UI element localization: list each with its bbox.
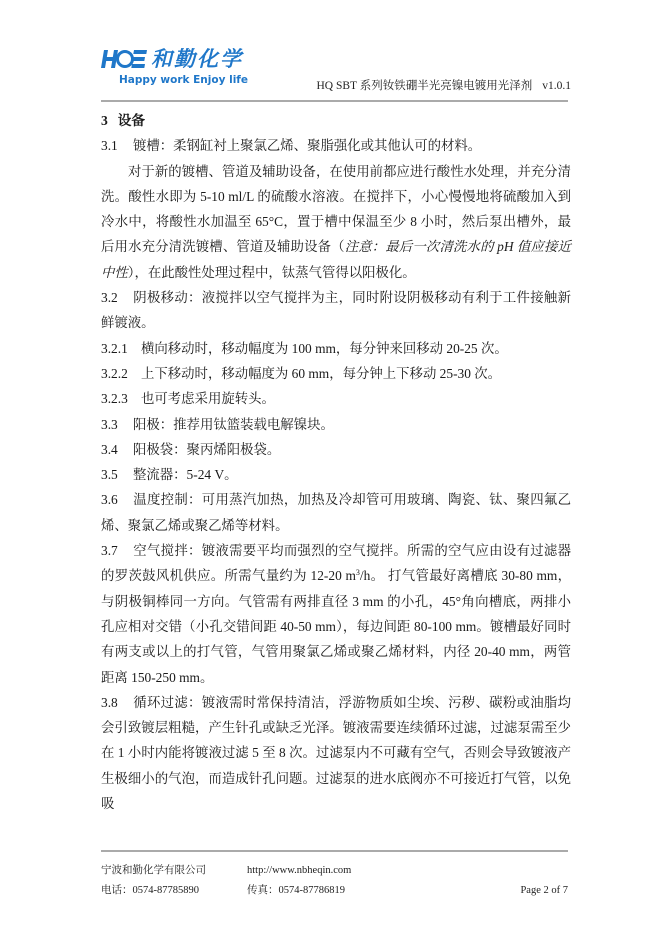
- item-3-2-3: 3.2.3也可考虑采用旋转头。: [101, 386, 571, 411]
- item-text: 也可考虑采用旋转头。: [141, 391, 275, 406]
- item-number: 3.6: [101, 487, 133, 512]
- item-number: 3.3: [101, 412, 133, 437]
- acid-treatment-paragraph: 对于新的镀槽、管道及辅助设备，在使用前都应进行酸性水处理，并充分清洗。酸性水即为…: [101, 159, 571, 285]
- logo-slogan: Happy work Enjoy life: [119, 74, 248, 86]
- item-number: 3.2: [101, 285, 133, 310]
- item-text-cont: /h。 打气管最好离槽底 30-80 mm，与阴极铜棒同一方向。气管需有两排直径…: [101, 568, 571, 684]
- item-number: 3.8: [101, 690, 133, 715]
- item-text: 阳极：推荐用钛篮装载电解镍块。: [133, 417, 334, 432]
- item-text: 镀槽：柔钢缸衬上聚氯乙烯、聚脂强化或其他认可的材料。: [133, 138, 481, 153]
- item-text: 整流器：5-24 V。: [133, 467, 238, 482]
- page-number: Page 2 of 7: [520, 881, 568, 901]
- item-number: 3.7: [101, 538, 133, 563]
- item-3-5: 3.5整流器：5-24 V。: [101, 462, 571, 487]
- item-text: 上下移动时，移动幅度为 60 mm，每分钟上下移动 25-30 次。: [141, 366, 501, 381]
- company-name: 宁波和勤化学有限公司: [101, 861, 206, 881]
- page-footer: 宁波和勤化学有限公司 http://www.nbheqin.com 电话：057…: [101, 861, 568, 901]
- section-title: 设备: [118, 113, 145, 128]
- item-number: 3.1: [101, 133, 133, 158]
- section-heading: 3设备: [101, 108, 571, 133]
- item-text: 横向移动时，移动幅度为 100 mm，每分钟来回移动 20-25 次。: [141, 341, 508, 356]
- item-text: 循环过滤：镀液需时常保持清洁，浮游物质如尘埃、污秽、碳粉或油脂均会引致镀层粗糙，…: [101, 695, 571, 811]
- website-link[interactable]: http://www.nbheqin.com: [247, 861, 351, 881]
- item-3-3: 3.3阳极：推荐用钛篮装载电解镍块。: [101, 412, 571, 437]
- item-number: 3.5: [101, 462, 133, 487]
- item-3-6: 3.6温度控制：可用蒸汽加热，加热及冷却管可用玻璃、陶瓷、钛、聚四氟乙烯、聚氯乙…: [101, 487, 571, 538]
- item-text: 阴极移动：液搅拌以空气搅拌为主，同时附设阴极移动有利于工件接触新鲜镀液。: [101, 290, 571, 330]
- header-divider: [101, 100, 568, 102]
- item-number: 3.2.1: [101, 336, 141, 361]
- item-number: 3.2.2: [101, 361, 141, 386]
- item-3-4: 3.4阳极袋：聚丙烯阳极袋。: [101, 437, 571, 462]
- item-text: 阳极袋：聚丙烯阳极袋。: [133, 442, 280, 457]
- footer-row-2: 电话：0574-87785890 传真：0574-87786819 Page 2…: [101, 881, 568, 901]
- item-3-2-2: 3.2.2上下移动时，移动幅度为 60 mm，每分钟上下移动 25-30 次。: [101, 361, 571, 386]
- item-3-2-1: 3.2.1横向移动时，移动幅度为 100 mm，每分钟来回移动 20-25 次。: [101, 336, 571, 361]
- document-title: HQ SBT 系列钕铁硼半光亮镍电镀用光泽剂v1.0.1: [317, 77, 572, 93]
- footer-divider: [101, 850, 568, 852]
- item-text: 温度控制：可用蒸汽加热，加热及冷却管可用玻璃、陶瓷、钛、聚四氟乙烯、聚氯乙烯或聚…: [101, 492, 571, 532]
- item-number: 3.4: [101, 437, 133, 462]
- item-3-7: 3.7空气搅拌：镀液需要平均而强烈的空气搅拌。所需的空气应由设有过滤器的罗茨鼓风…: [101, 538, 571, 690]
- item-number: 3.2.3: [101, 386, 141, 411]
- document-page: 和勤化学 Happy work Enjoy life HQ SBT 系列钕铁硼半…: [0, 0, 671, 950]
- phone-number: 电话：0574-87785890: [101, 881, 199, 901]
- logo-chinese-name: 和勤化学: [151, 47, 243, 71]
- paragraph-text-end: ），在此酸性处理过程中，钛蒸气管得以阳极化。: [128, 265, 416, 280]
- doc-version: v1.0.1: [542, 80, 571, 92]
- company-logo: 和勤化学 Happy work Enjoy life: [101, 48, 271, 88]
- hqe-logo-icon: [101, 48, 147, 70]
- footer-row-1: 宁波和勤化学有限公司 http://www.nbheqin.com: [101, 861, 568, 881]
- document-body: 3设备 3.1镀槽：柔钢缸衬上聚氯乙烯、聚脂强化或其他认可的材料。 对于新的镀槽…: [101, 108, 571, 816]
- fax-number: 传真：0574-87786819: [247, 881, 345, 901]
- item-3-1: 3.1镀槽：柔钢缸衬上聚氯乙烯、聚脂强化或其他认可的材料。: [101, 133, 571, 158]
- item-3-8: 3.8循环过滤：镀液需时常保持清洁，浮游物质如尘埃、污秽、碳粉或油脂均会引致镀层…: [101, 690, 571, 816]
- section-number: 3: [101, 108, 108, 133]
- doc-title-text: HQ SBT 系列钕铁硼半光亮镍电镀用光泽剂: [317, 80, 533, 92]
- item-3-2: 3.2阴极移动：液搅拌以空气搅拌为主，同时附设阴极移动有利于工件接触新鲜镀液。: [101, 285, 571, 336]
